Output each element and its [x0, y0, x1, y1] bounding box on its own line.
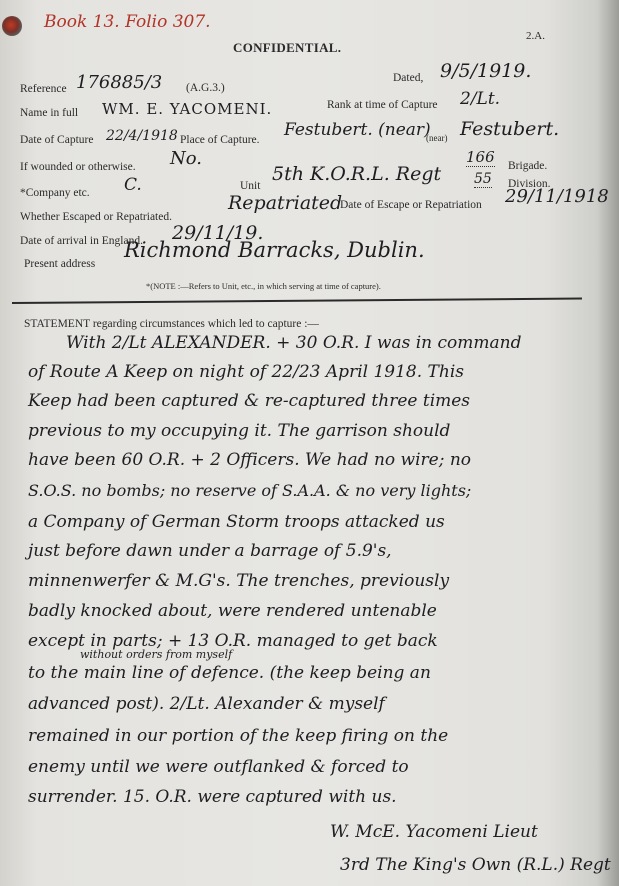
document-title: CONFIDENTIAL. [233, 40, 341, 56]
statement-line: remained in our portion of the keep firi… [28, 726, 448, 746]
statement-line: a Company of German Storm troops attacke… [28, 512, 445, 532]
place-of-capture-label: Place of Capture. [180, 134, 260, 146]
reference-value: 176885/3 [76, 72, 162, 93]
place-of-capture-value-2: Festubert. [460, 118, 559, 140]
name-value: WM. E. YACOMENI. [102, 100, 272, 118]
division-value: 55 [474, 171, 492, 188]
statement-line: badly knocked about, were rendered unten… [28, 601, 437, 621]
form-note: *(NOTE :—Refers to Unit, etc., in which … [146, 281, 381, 291]
statement-heading: STATEMENT regarding circumstances which … [24, 318, 319, 330]
punch-hole [2, 16, 22, 36]
date-of-capture-label: Date of Capture [20, 134, 93, 146]
statement-line: advanced post). 2/Lt. Alexander & myself [28, 694, 385, 714]
unit-label: Unit [240, 180, 260, 192]
statement-line: minnenwerfer & M.G's. The trenches, prev… [28, 571, 449, 591]
signature-unit: 3rd The King's Own (R.L.) Regt [340, 855, 611, 875]
unit-value: 5th K.O.R.L. Regt [272, 163, 441, 185]
escaped-repatriated-value: Repatriated [228, 192, 342, 214]
dated-label: Dated, [393, 72, 423, 84]
reference-suffix: (A.G.3.) [186, 82, 225, 94]
name-label: Name in full [20, 107, 78, 119]
company-value: C. [124, 175, 142, 195]
rank-label: Rank at time of Capture [327, 99, 438, 111]
interlinear-insert: without orders from myself [80, 648, 232, 661]
statement-line: enemy until we were outflanked & forced … [28, 757, 409, 777]
place-of-capture-value: Festubert. (near) [284, 120, 431, 140]
statement-line: of Route A Keep on night of 22/23 April … [28, 362, 464, 382]
document-page: Book 13. Folio 307. CONFIDENTIAL. 2.A. R… [0, 0, 619, 886]
company-label: *Company etc. [20, 187, 90, 199]
statement-line: have been 60 O.R. + 2 Officers. We had n… [28, 450, 471, 470]
wounded-label: If wounded or otherwise. [20, 161, 136, 173]
statement-line: to the main line of defence. (the keep b… [28, 663, 431, 683]
statement-line: just before dawn under a barrage of 5.9'… [28, 541, 392, 561]
reference-label: Reference [20, 83, 67, 95]
statement-line: S.O.S. no bombs; no reserve of S.A.A. & … [28, 481, 471, 500]
present-address-label: Present address [24, 258, 95, 270]
dated-value: 9/5/1919. [440, 60, 531, 82]
date-of-escape-value: 29/11/1918 [505, 186, 609, 207]
statement-line: Keep had been captured & re-captured thr… [28, 391, 470, 411]
date-of-capture-value: 22/4/1918 [106, 128, 178, 144]
date-of-escape-label: Date of Escape or Repatriation [340, 199, 482, 211]
present-address-value: Richmond Barracks, Dublin. [124, 238, 425, 262]
statement-line: With 2/Lt ALEXANDER. + 30 O.R. I was in … [66, 333, 521, 353]
escaped-repatriated-label: Whether Escaped or Repatriated. [20, 211, 172, 223]
form-code: 2.A. [526, 30, 545, 42]
brigade-label: Brigade. [508, 160, 547, 172]
rank-value: 2/Lt. [460, 89, 500, 109]
signature: W. McE. Yacomeni Lieut [330, 822, 538, 842]
section-divider [12, 298, 582, 304]
brigade-value: 166 [466, 148, 495, 167]
statement-line: previous to my occupying it. The garriso… [28, 421, 450, 441]
folio-annotation: Book 13. Folio 307. [44, 12, 211, 32]
wounded-value: No. [170, 148, 202, 169]
statement-line: surrender. 15. O.R. were captured with u… [28, 787, 397, 807]
place-near-printed: (near) [426, 133, 447, 143]
